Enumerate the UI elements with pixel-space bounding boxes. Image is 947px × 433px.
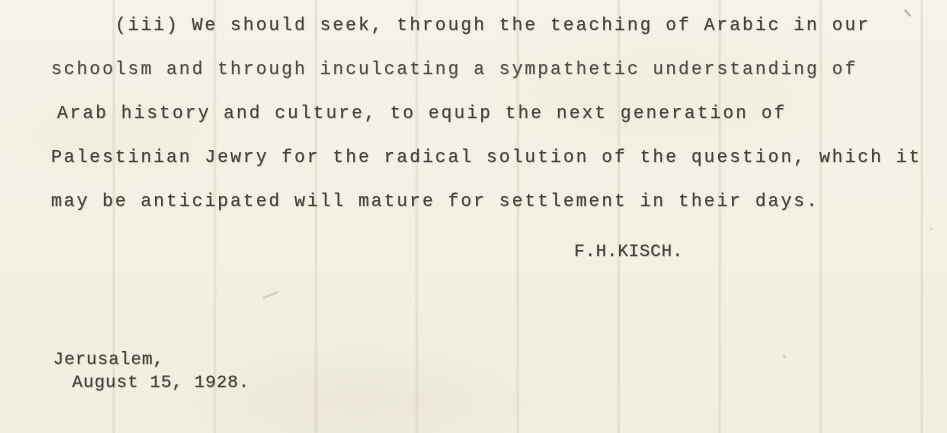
dateline-block: Jerusalem, August 15, 1928. [53,349,250,395]
paper-speck [930,228,932,230]
date-line: August 15, 1928. [72,372,250,395]
pencil-mark [262,291,279,299]
paper-speck [783,355,786,358]
typed-line: Arab history and culture, to equip the n… [57,92,931,136]
signature: F.H.KISCH. [574,242,683,262]
document-page: (iii) We should seek, through the teachi… [0,0,947,433]
typed-line: Palestinian Jewry for the radical soluti… [51,136,931,180]
typed-line: (iii) We should seek, through the teachi… [51,4,931,48]
typed-line: schoolsm and through inculcating a sympa… [51,48,931,92]
letter-paragraph: (iii) We should seek, through the teachi… [51,4,931,224]
typed-line: may be anticipated will mature for settl… [51,180,931,224]
place-line: Jerusalem, [53,349,250,372]
